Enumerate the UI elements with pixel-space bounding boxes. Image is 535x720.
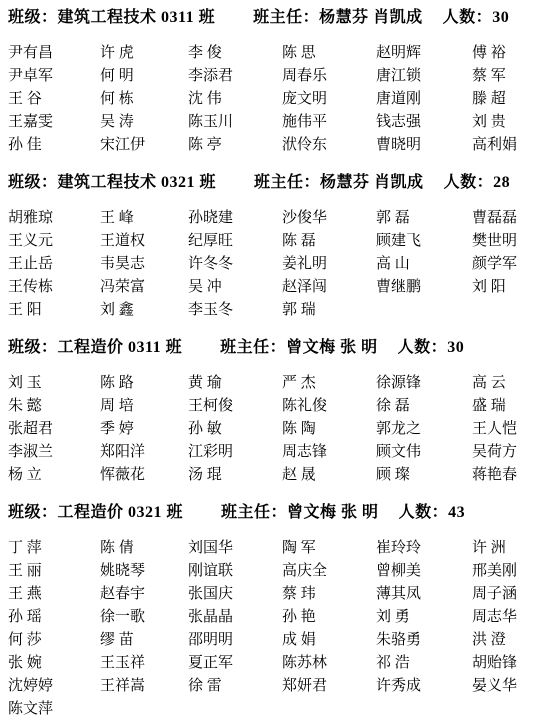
student-name: 陶 军 — [272, 537, 364, 560]
student-name: 陈礼俊 — [272, 395, 364, 418]
student-name: 刘 阳 — [458, 276, 529, 299]
class-name: 工程造价 0321 班 — [58, 504, 184, 521]
student-name: 高利娟 — [458, 134, 529, 157]
class-name: 建筑工程技术 0321 班 — [58, 174, 217, 191]
student-name: 刘国华 — [182, 537, 272, 560]
student-name: 韦昊志 — [96, 253, 182, 276]
class-label: 班级： — [8, 9, 58, 26]
student-name: 唐道刚 — [364, 88, 458, 111]
student-name: 赵春宇 — [96, 583, 182, 606]
empty-cell — [458, 698, 529, 720]
count-label: 人数： — [399, 504, 449, 521]
student-name: 徐一歌 — [96, 606, 182, 629]
student-name: 许冬冬 — [182, 253, 272, 276]
student-name: 缪 苗 — [96, 629, 182, 652]
student-name: 晏义华 — [458, 675, 529, 698]
student-name: 李 俊 — [182, 42, 272, 65]
count-label: 人数： — [443, 9, 493, 26]
student-name: 高庆全 — [272, 560, 364, 583]
section-header: 班级：建筑工程技术 0311 班班主任：杨慧芬 肖凯成人数：30 — [8, 8, 529, 28]
student-name: 赵泽闯 — [272, 276, 364, 299]
count-label: 人数： — [444, 174, 494, 191]
count-value: 43 — [448, 504, 465, 521]
student-name: 陈 亭 — [182, 134, 272, 157]
student-name: 陈文萍 — [8, 698, 96, 720]
student-name: 何 栋 — [96, 88, 182, 111]
empty-cell — [458, 299, 529, 322]
student-name: 王玉祥 — [96, 652, 182, 675]
student-name: 王 峰 — [96, 207, 182, 230]
student-name: 李添君 — [182, 65, 272, 88]
student-name: 吴荷方 — [458, 441, 529, 464]
student-name: 王祥嵩 — [96, 675, 182, 698]
class-section: 班级：工程造价 0311 班班主任：曾文梅 张 明人数：30刘 玉陈 路黄 瑜严… — [8, 338, 529, 487]
student-name: 沙俊华 — [272, 207, 364, 230]
student-name: 顾 璨 — [364, 464, 458, 487]
student-name: 何 明 — [96, 65, 182, 88]
student-name: 邵明明 — [182, 629, 272, 652]
count-value: 30 — [447, 339, 464, 356]
empty-cell — [96, 698, 182, 720]
student-name: 孙晓建 — [182, 207, 272, 230]
student-name: 洑伶东 — [272, 134, 364, 157]
name-grid: 胡雅琼王 峰孙晓建沙俊华郭 磊曹磊磊王义元王道权纪厚旺陈 磊顾建飞樊世明王止岳韦… — [8, 207, 529, 322]
student-name: 郑阳洋 — [96, 441, 182, 464]
teacher-label: 班主任： — [221, 504, 287, 521]
student-name: 沈婷婷 — [8, 675, 96, 698]
student-name: 陈玉川 — [182, 111, 272, 134]
student-name: 孙 敏 — [182, 418, 272, 441]
student-name: 徐 雷 — [182, 675, 272, 698]
student-name: 王 谷 — [8, 88, 96, 111]
student-name: 丁 萍 — [8, 537, 96, 560]
student-name: 许秀成 — [364, 675, 458, 698]
student-name: 张超君 — [8, 418, 96, 441]
teacher-names: 曾文梅 张 明 — [287, 504, 379, 521]
class-label: 班级： — [8, 339, 58, 356]
empty-cell — [364, 299, 458, 322]
class-label: 班级： — [8, 174, 58, 191]
student-name: 王人恺 — [458, 418, 529, 441]
student-name: 孙 艳 — [272, 606, 364, 629]
student-name: 恽薇花 — [96, 464, 182, 487]
student-name: 曾柳美 — [364, 560, 458, 583]
student-name: 尹有昌 — [8, 42, 96, 65]
student-name: 王 阳 — [8, 299, 96, 322]
student-name: 傅 裕 — [458, 42, 529, 65]
student-name: 顾文伟 — [364, 441, 458, 464]
student-name: 郭龙之 — [364, 418, 458, 441]
student-name: 吴 涛 — [96, 111, 182, 134]
student-name: 杨 立 — [8, 464, 96, 487]
student-name: 王柯俊 — [182, 395, 272, 418]
student-name: 张晶晶 — [182, 606, 272, 629]
student-name: 李玉冬 — [182, 299, 272, 322]
student-name: 赵 晟 — [272, 464, 364, 487]
teacher-names: 曾文梅 张 明 — [286, 339, 378, 356]
student-name: 沈 伟 — [182, 88, 272, 111]
teacher-names: 杨慧芬 肖凯成 — [320, 174, 424, 191]
student-name: 周志锋 — [272, 441, 364, 464]
student-name: 曹磊磊 — [458, 207, 529, 230]
student-name: 刘 贵 — [458, 111, 529, 134]
student-name: 周子涵 — [458, 583, 529, 606]
student-name: 胡贻锋 — [458, 652, 529, 675]
student-name: 王嘉雯 — [8, 111, 96, 134]
student-name: 唐江锁 — [364, 65, 458, 88]
empty-cell — [364, 698, 458, 720]
student-name: 庞文明 — [272, 88, 364, 111]
student-name: 周春乐 — [272, 65, 364, 88]
student-name: 王 燕 — [8, 583, 96, 606]
student-name: 吴 冲 — [182, 276, 272, 299]
student-name: 崔玲玲 — [364, 537, 458, 560]
class-section: 班级：工程造价 0321 班班主任：曾文梅 张 明人数：43丁 萍陈 倩刘国华陶… — [8, 503, 529, 720]
student-name: 钱志强 — [364, 111, 458, 134]
student-name: 汤 琨 — [182, 464, 272, 487]
student-name: 尹卓军 — [8, 65, 96, 88]
student-name: 徐源锋 — [364, 372, 458, 395]
student-name: 郭 磊 — [364, 207, 458, 230]
student-name: 夏正军 — [182, 652, 272, 675]
student-name: 周 培 — [96, 395, 182, 418]
student-name: 胡雅琼 — [8, 207, 96, 230]
student-name: 陈 磊 — [272, 230, 364, 253]
class-section: 班级：建筑工程技术 0321 班班主任：杨慧芬 肖凯成人数：28胡雅琼王 峰孙晓… — [8, 173, 529, 322]
student-name: 高 山 — [364, 253, 458, 276]
empty-cell — [272, 698, 364, 720]
student-name: 冯荣富 — [96, 276, 182, 299]
student-name: 薄其凤 — [364, 583, 458, 606]
student-name: 滕 超 — [458, 88, 529, 111]
student-name: 赵明辉 — [364, 42, 458, 65]
student-name: 季 婷 — [96, 418, 182, 441]
student-name: 孙 佳 — [8, 134, 96, 157]
student-name: 许 虎 — [96, 42, 182, 65]
student-name: 张国庆 — [182, 583, 272, 606]
student-name: 徐 磊 — [364, 395, 458, 418]
student-name: 严 杰 — [272, 372, 364, 395]
teacher-label: 班主任： — [253, 9, 319, 26]
student-name: 周志华 — [458, 606, 529, 629]
student-name: 纪厚旺 — [182, 230, 272, 253]
class-label: 班级： — [8, 504, 58, 521]
student-name: 刘 鑫 — [96, 299, 182, 322]
student-name: 盛 瑞 — [458, 395, 529, 418]
student-name: 江彩明 — [182, 441, 272, 464]
student-name: 姚晓琴 — [96, 560, 182, 583]
student-name: 陈 倩 — [96, 537, 182, 560]
student-name: 陈苏林 — [272, 652, 364, 675]
name-grid: 刘 玉陈 路黄 瑜严 杰徐源锋高 云朱 懿周 培王柯俊陈礼俊徐 磊盛 瑞张超君季… — [8, 372, 529, 487]
student-name: 宋江伊 — [96, 134, 182, 157]
student-name: 姜礼明 — [272, 253, 364, 276]
student-name: 邢美刚 — [458, 560, 529, 583]
count-label: 人数： — [398, 339, 448, 356]
student-name: 刘 勇 — [364, 606, 458, 629]
student-name: 朱 懿 — [8, 395, 96, 418]
student-name: 王义元 — [8, 230, 96, 253]
student-name: 顾建飞 — [364, 230, 458, 253]
student-name: 曹继鹏 — [364, 276, 458, 299]
student-name: 郭 瑞 — [272, 299, 364, 322]
name-grid: 丁 萍陈 倩刘国华陶 军崔玲玲许 洲王 丽姚晓琴刚谊联高庆全曾柳美邢美刚王 燕赵… — [8, 537, 529, 720]
student-name: 施伟平 — [272, 111, 364, 134]
student-name: 郑妍君 — [272, 675, 364, 698]
class-section: 班级：建筑工程技术 0311 班班主任：杨慧芬 肖凯成人数：30尹有昌许 虎李 … — [8, 8, 529, 157]
class-name: 工程造价 0311 班 — [58, 339, 183, 356]
student-name: 李淑兰 — [8, 441, 96, 464]
count-value: 30 — [492, 9, 509, 26]
student-name: 王止岳 — [8, 253, 96, 276]
student-name: 许 洲 — [458, 537, 529, 560]
student-name: 蔡 玮 — [272, 583, 364, 606]
student-name: 陈 陶 — [272, 418, 364, 441]
student-name: 何 莎 — [8, 629, 96, 652]
count-value: 28 — [493, 174, 510, 191]
name-grid: 尹有昌许 虎李 俊陈 思赵明辉傅 裕尹卓军何 明李添君周春乐唐江锁蔡 军王 谷何… — [8, 42, 529, 157]
section-header: 班级：工程造价 0321 班班主任：曾文梅 张 明人数：43 — [8, 503, 529, 523]
student-name: 张 婉 — [8, 652, 96, 675]
student-name: 朱骆勇 — [364, 629, 458, 652]
student-name: 洪 澄 — [458, 629, 529, 652]
student-name: 王道权 — [96, 230, 182, 253]
student-name: 陈 思 — [272, 42, 364, 65]
student-name: 高 云 — [458, 372, 529, 395]
student-name: 刘 玉 — [8, 372, 96, 395]
teacher-label: 班主任： — [220, 339, 286, 356]
section-header: 班级：建筑工程技术 0321 班班主任：杨慧芬 肖凯成人数：28 — [8, 173, 529, 193]
student-name: 王 丽 — [8, 560, 96, 583]
class-name: 建筑工程技术 0311 班 — [58, 9, 216, 26]
student-name: 刚谊联 — [182, 560, 272, 583]
class-roster-document: 班级：建筑工程技术 0311 班班主任：杨慧芬 肖凯成人数：30尹有昌许 虎李 … — [0, 0, 535, 720]
student-name: 蒋艳春 — [458, 464, 529, 487]
student-name: 成 娟 — [272, 629, 364, 652]
student-name: 蔡 军 — [458, 65, 529, 88]
student-name: 陈 路 — [96, 372, 182, 395]
empty-cell — [182, 698, 272, 720]
student-name: 黄 瑜 — [182, 372, 272, 395]
teacher-names: 杨慧芬 肖凯成 — [319, 9, 423, 26]
student-name: 樊世明 — [458, 230, 529, 253]
teacher-label: 班主任： — [254, 174, 320, 191]
student-name: 王传栋 — [8, 276, 96, 299]
student-name: 颜学军 — [458, 253, 529, 276]
section-header: 班级：工程造价 0311 班班主任：曾文梅 张 明人数：30 — [8, 338, 529, 358]
student-name: 曹晓明 — [364, 134, 458, 157]
student-name: 祁 浩 — [364, 652, 458, 675]
student-name: 孙 瑶 — [8, 606, 96, 629]
